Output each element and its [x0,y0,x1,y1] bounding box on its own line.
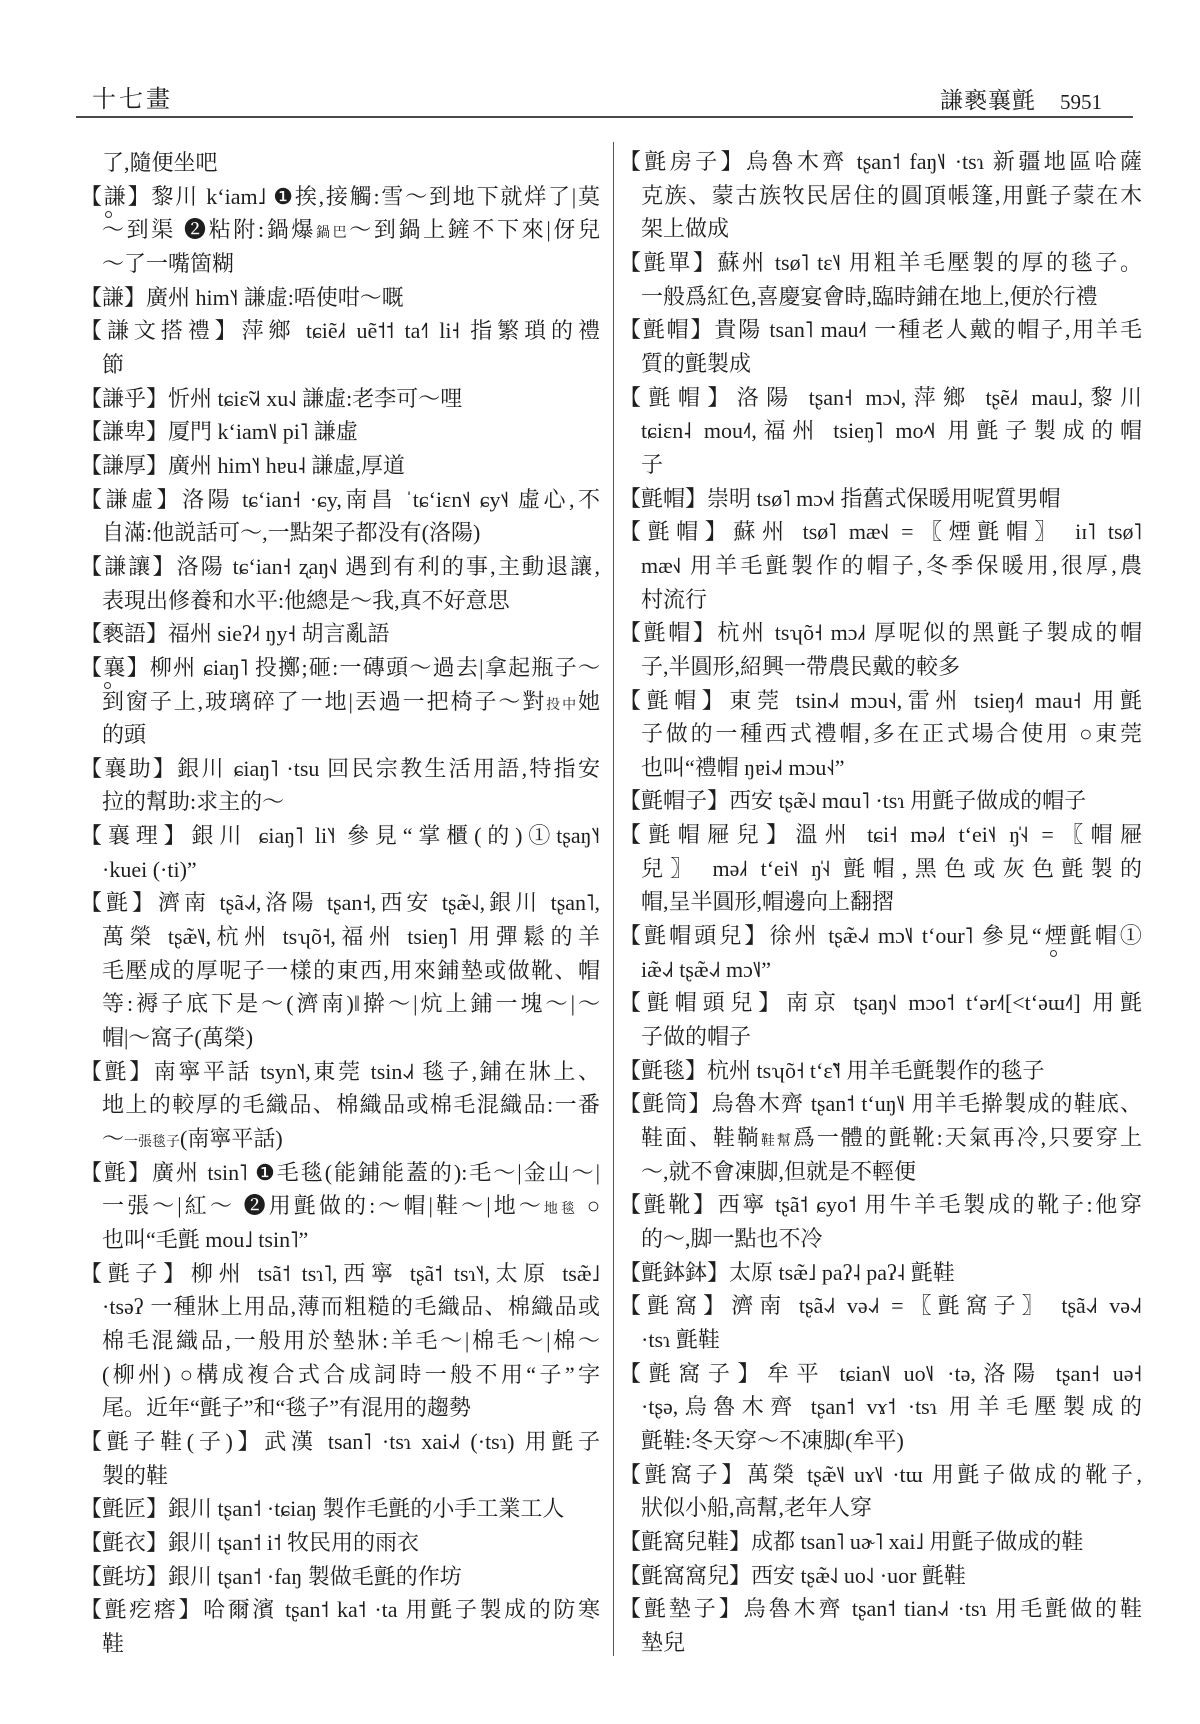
headword-text: 謙文搭禮 [107,318,215,343]
entry-text: 廣州 him˥˧ hɐu˨ 謙虛,厚道 [168,453,405,478]
headword: 氈衣 [80,1530,168,1555]
headword: 氈帽屜兒 [619,822,795,847]
headword-text: 氈窩子 [649,1361,738,1386]
entry-line: 謙虛洛陽 tɕʻian˧ ·ɕy,南昌 ˈtɕʻiɛn˦˨ ɕy˦˨ 虛心,不 [80,483,600,517]
entry-text: 南寧平話 tsyn˥˧,東莞 tsin˨˩˧ 毯子,鋪在牀上、 [154,1059,600,1084]
entry-text: ～到渠 ❷粘附:鍋爆 [102,217,316,242]
headword-text: 氈帽屜兒 [648,822,766,847]
headword-text: 氈匠 [102,1496,146,1521]
dictionary-entry: 氈帽屜兒溫州 tɕi˧ mə˩˧ tʻei˦˨ ŋ̍˧˨ =〖帽屜 兒〗 mə˩… [619,818,1142,919]
headword-text: 氈子 [108,1261,163,1286]
entry-text: 濟南 tʂã˨˩˧ və˨˩˧ =〖氈窩子〗 tʂã˨˩˧ və˨˩˧ [731,1293,1142,1318]
headword: 氈帽 [619,688,729,713]
dictionary-entry: 氈房子烏魯木齊 tʂan˦ faŋ˥˩ ·tsɿ 新疆地區哈薩 克族、蒙古族牧民… [619,145,1142,246]
entry-line: 謙廣州 him˥˧ 謙虛:唔使咁～嘅 [80,281,600,315]
headword: 氈帽 [619,317,714,342]
entry-line: 子 [619,448,1142,482]
entry-line: 氈帽東莞 tsin˨˩˧ mɔu˧˨,雷州 tsieŋ˨˦ mau˧ 用氈 [619,684,1142,718]
entry-line: 村流行 [619,583,1142,617]
entry-line: 氈帽頭兒南京 tʂaŋ˧˩ mɔo˦ tʻər˨˦[<tʻəɯ˨˦] 用氈 [619,986,1142,1020]
headword-text: 氈 [104,1160,128,1185]
right-column: 氈房子烏魯木齊 tʂan˦ faŋ˥˩ ·tsɿ 新疆地區哈薩 克族、蒙古族牧民… [619,145,1142,1660]
entry-line: 萬榮 tʂæ̃˥˩,杭州 tsʮõ˧,福州 tsieŋ˥ 用彈鬆的羊 [80,920,600,954]
headword: 氈窩窩兒 [619,1563,751,1588]
dictionary-entry: 氈帽子西安 tʂæ̃˨˩ mɑu˥ ·tsɿ 用氈子做成的帽子 [619,784,1142,818]
headword-text: 氈帽頭兒 [647,990,758,1015]
entry-line: 氈窩子萬榮 tʂæ̃˥˩ uɤ˥˩ ·tɯ 用氈子做成的靴子, [619,1458,1142,1492]
entry-line: 謙文搭禮萍鄉 tɕiẽ˩˧ uẽ˦˦ ta˧˥ li˧ 指繁瑣的禮 [80,314,600,348]
headword-text: 襄助 [104,756,153,781]
dictionary-entry: 氈帽頭兒徐州 tʂæ̃˨˩˧ mɔ˥˩ tʻour˥ 參見“煙氈帽① iæ̃˨˩… [619,919,1142,986]
entry-text: 成都 tsan˥ uɚ˥ xai˩ 用氈子做成的鞋 [751,1529,1083,1554]
entry-text: 福州 sieʔ˨˧ ŋy˧ 胡言亂語 [168,621,389,646]
headword: 氈帽 [619,385,737,410]
entry-line: 子,半圓形,紹興一帶農民戴的較多 [619,650,1142,684]
entry-line: 氈窩濟南 tʂã˨˩˧ və˨˩˧ =〖氈窩子〗 tʂã˨˩˧ və˨˩˧ [619,1289,1142,1323]
headword-text: 氈帽 [643,317,691,342]
dictionary-entry: 謙廣州 him˥˧ 謙虛:唔使咁～嘅 [80,281,600,315]
headword-text: 氈帽子 [641,788,707,813]
entry-text: 烏魯木齊 tʂan˦ faŋ˥˩ ·tsɿ 新疆地區哈薩 [746,149,1142,174]
dictionary-entry: 氈子柳州 tsã˦ tsɿ˥,西寧 tʂã˦ tsɿ˥˧,太原 tsæ̃˩ ·t… [80,1257,600,1425]
entry-text: 銀川 tʂan˦ ·tɕiaŋ 製作毛氈的小手工業工人 [168,1496,564,1521]
entry-text: 杭州 tsʮõ˧ mɔ˩˧ 厚呢似的黑氈子製成的帽 [717,620,1142,645]
headword-text: 氈房子 [644,149,720,174]
entry-text: 厦門 kʻiam˥˩ pi˥ 謙虛 [168,419,358,444]
dictionary-entry: 氈疙瘩哈爾濱 tʂan˦ ka˦ ·ta 用氈子製成的防寒 鞋 [80,1593,600,1660]
entry-text: 洛陽 tɕʻian˧ ʐaŋ˧˩ 遇到有利的事,主動退讓, [177,554,600,579]
headword-text: 氈單 [644,250,693,275]
headword-text: 氈靴 [644,1192,693,1217]
entry-line: 尾。近年“氈子”和“毯子”有混用的趨勢 [80,1391,600,1425]
entry-line: 質的氈製成 [619,347,1142,381]
marked-character: 煙 [1042,923,1070,948]
entry-line: 節 [80,348,600,382]
entry-line: 氈坊銀川 tʂan˦ ·faŋ 製做毛氈的作坊 [80,1560,600,1594]
dictionary-page: 十七畫 謙褻襄氈 5951 了,隨便坐吧 謙黎川 kʻiam˩ ❶挨,接觸:雪～… [0,0,1200,1724]
headword-text: 氈 [105,1059,130,1084]
headword-text: 褻語 [102,621,146,646]
headword: 謙乎 [80,386,168,411]
entry-line: 氈匠銀川 tʂan˦ ·tɕiaŋ 製作毛氈的小手工業工人 [80,1492,600,1526]
entry-line: 褻語福州 sieʔ˨˧ ŋy˧ 胡言亂語 [80,617,600,651]
dictionary-entry: 氈帽東莞 tsin˨˩˧ mɔu˧˨,雷州 tsieŋ˨˦ mau˧ 用氈 子做… [619,684,1142,785]
dictionary-entry: 氈帽洛陽 tʂan˧ mɔ˧˩,萍鄉 tʂẽ˩˧ mau˩,黎川 tɕiɛn˨ … [619,381,1142,482]
entry-line: 架上做成 [619,212,1142,246]
headword-text: 氈帽 [647,688,702,713]
headword: 襄理 [80,823,192,848]
headword: 氈房子 [619,149,746,174]
headword: 氈毯 [619,1058,707,1083]
entry-line: 氈靴西寧 tʂã˦ ɕyo˦ 用牛羊毛製成的靴子:他穿 [619,1188,1142,1222]
entry-line: 氈濟南 tʂã˨˩˧,洛陽 tʂan˧,西安 tʂæ̃˨˩,銀川 tʂan˥, [80,886,600,920]
inline-gloss: 地毯 [544,1202,578,1217]
headword-text: 氈坊 [102,1564,146,1589]
entry-text: 西安 tʂæ̃˨˩ uo˨˩ ·uor 氈鞋 [751,1563,966,1588]
entry-text: 氈帽① [1070,923,1142,948]
entry-text: 濟南 tʂã˨˩˧,洛陽 tʂan˧,西安 tʂæ̃˨˩,銀川 tʂan˥, [158,890,600,915]
entry-line: 氈窩兒鞋成都 tsan˥ uɚ˥ xai˩ 用氈子做成的鞋 [619,1525,1142,1559]
entry-line: 襄助銀川 ɕiaŋ˥ ·tsu 回民宗教生活用語,特指安 [80,752,600,786]
headword: 謙 [80,285,146,310]
headword-text: 謙 [104,184,128,209]
dictionary-entry: 氈窩濟南 tʂã˨˩˧ və˨˩˧ =〖氈窩子〗 tʂã˨˩˧ və˨˩˧ ·t… [619,1289,1142,1356]
headword-text: 氈子鞋(子) [107,1429,233,1454]
headword: 氈窩子 [619,1462,747,1487]
headword: 氈帽 [619,620,717,645]
dictionary-entry: 謙黎川 kʻiam˩ ❶挨,接觸:雪～到地下就烊了|莫 ～到渠 ❷粘附:鍋爆鍋巴… [80,180,600,281]
entry-text: (南寧平話) [180,1126,283,1151]
dictionary-entry: 氈窩兒鞋成都 tsan˥ uɚ˥ xai˩ 用氈子做成的鞋 [619,1525,1142,1559]
entry-line: 也叫“毛氈 mou˩ tsin˥” [80,1223,600,1257]
headword-text: 謙 [102,285,124,310]
dictionary-entry: 氈廣州 tsin˥ ❶毛毯(能鋪能蓋的):毛～|金山～| 一張～|紅～ ❷用氈做… [80,1156,600,1257]
entry-line: ·tsɿ 氈鞋 [619,1323,1142,1357]
entry-line: (柳州) ○構成複合式合成詞時一般不用“子”字 [80,1358,600,1392]
dictionary-entry: 襄柳州 ɕiaŋ˥ 投擲;砸:一磚頭～過去|拿起瓶子～ 到窗子上,玻璃碎了一地|… [80,651,600,752]
dictionary-entry: 氈帽杭州 tsʮõ˧ mɔ˩˧ 厚呢似的黑氈子製成的帽 子,半圓形,紹興一帶農民… [619,616,1142,683]
entry-text: 柳州 ɕiaŋ˥ 投擲;砸:一磚頭～過去|拿起瓶子～ [150,655,600,680]
headword-text: 氈窩 [647,1293,703,1318]
entry-line: ～到渠 ❷粘附:鍋爆鍋巴～到鍋上鏟不下來|伢兒 [80,213,600,247]
entry-text: 南京 tʂaŋ˧˩ mɔo˦ tʻər˨˦[<tʻəɯ˨˦] 用氈 [786,990,1142,1015]
entry-line: 的～,脚一點也不冷 [619,1222,1142,1256]
entry-text: 忻州 tɕiɛ̃˧˩˧ xu˨˩ 謙虛:老李可～哩 [168,386,462,411]
headword-text: 氈 [106,890,132,915]
entry-text: 萍鄉 tɕiẽ˩˧ uẽ˦˦ ta˧˥ li˧ 指繁瑣的禮 [242,318,600,343]
entry-line: 氈鞋:冬天穿～不凍脚(牟平) [619,1424,1142,1458]
entry-line: 到窗子上,玻璃碎了一地|丟過一把椅子～對投中她 [80,685,600,719]
headword: 氈靴 [619,1192,718,1217]
entry-line: mæ˧˩ 用羊毛氈製作的帽子,冬季保暖用,很厚,農 [619,549,1142,583]
headword-text: 謙讓 [104,554,152,579]
headword-text: 氈墊子 [644,1596,719,1621]
entry-text: 太原 tsæ̃˩ paʔ˨ paʔ˨ 氈鞋 [729,1260,955,1285]
entry-line: ～,就不會凍脚,但就是不輕便 [619,1155,1142,1189]
dictionary-entry: 氈毯杭州 tsʮõ˧ tʻɛ̃˥˧ 用羊毛氈製作的毯子 [619,1054,1142,1088]
entry-text: 一張～|紅～ ❷用氈做的:～帽|鞋～|地～ [102,1193,544,1218]
entry-line: 製的鞋 [80,1459,600,1493]
entry-line: 鞋 [80,1627,600,1661]
headword-text: 氈窩子 [645,1462,722,1487]
entry-text: 西寧 tʂã˦ ɕyo˦ 用牛羊毛製成的靴子:他穿 [718,1192,1142,1217]
dictionary-entry: 謙虛洛陽 tɕʻian˧ ·ɕy,南昌 ˈtɕʻiɛn˦˨ ɕy˦˨ 虛心,不 … [80,483,600,550]
entry-text: 萬榮 tʂæ̃˥˩ uɤ˥˩ ·tɯ 用氈子做成的靴子, [747,1462,1142,1487]
dictionary-entry: 氈帽崇明 tsø˥ mɔ˧˩˧ 指舊式保暖用呢質男帽 [619,482,1142,516]
entry-line: 謙卑厦門 kʻiam˥˩ pi˥ 謙虛 [80,415,600,449]
headword: 氈坊 [80,1564,168,1589]
entry-text: 崇明 tsø˥ mɔ˧˩˧ 指舊式保暖用呢質男帽 [707,486,1060,511]
inline-gloss: 鍋巴 [316,226,349,241]
headword: 謙讓 [80,554,177,579]
headword: 氈窩兒鞋 [619,1529,751,1554]
entry-line: 氈帽子西安 tʂæ̃˨˩ mɑu˥ ·tsɿ 用氈子做成的帽子 [619,784,1142,818]
dictionary-entry: 氈墊子烏魯木齊 tʂan˦ tian˨˩˧ ·tsɿ 用毛氈做的鞋 墊兒 [619,1592,1142,1659]
entry-line: 拉的幫助:求主的～ [80,785,600,819]
entry-line: 毛壓成的厚呢子一樣的東西,用來鋪墊或做靴、帽 [80,954,600,988]
entry-line: 狀似小船,高幫,老年人穿 [619,1491,1142,1525]
headword-text: 氈帽頭兒 [644,923,744,948]
dictionary-entry: 氈窩子牟平 tɕian˥˩ uo˥˩ ·tə,洛陽 tʂan˧ uə˧ ·tʂə… [619,1357,1142,1458]
dictionary-entry: 氈筒烏魯木齊 tʂan˦ tʻuŋ˥˩ 用羊毛擀製成的鞋底、 鞋面、鞋鞝鞋幫爲一… [619,1087,1142,1188]
entry-line: 氈帽崇明 tsø˥ mɔ˧˩˧ 指舊式保暖用呢質男帽 [619,482,1142,516]
entry-text: 銀川 tʂan˦ ·faŋ 製做毛氈的作坊 [168,1564,462,1589]
entry-line: 一張～|紅～ ❷用氈做的:～帽|鞋～|地～地毯 ○ [80,1189,600,1223]
inline-gloss: 一張毯子 [124,1135,180,1150]
entry-text: 到窗子上,玻璃碎了一地|丟過一把椅子～對 [102,689,546,714]
headword: 氈窩子 [619,1361,767,1386]
inline-gloss: 投中 [546,698,578,713]
entry-text: ～ [102,1126,124,1151]
entry-line: 氈衣銀川 tʂan˦ i˦ 牧民用的雨衣 [80,1526,600,1560]
entry-line: 氈窩子牟平 tɕian˥˩ uo˥˩ ·tə,洛陽 tʂan˧ uə˧ [619,1357,1142,1391]
entry-text: 銀川 ɕiaŋ˥ ·tsu 回民宗教生活用語,特指安 [177,756,600,781]
entry-text: 黎川 kʻiam˩ ❶挨,接觸:雪～到地下就烊了|莫 [151,184,600,209]
entry-text: 銀川 tʂan˦ i˦ 牧民用的雨衣 [168,1530,419,1555]
headword-text: 氈筒 [642,1091,688,1116]
headword: 氈單 [619,250,718,275]
entry-text: 貴陽 tsan˥ mau˨˦ 一種老人戴的帽子,用羊毛 [714,317,1142,342]
headword: 氈墊子 [619,1596,744,1621]
section-title: 十七畫 [92,86,173,114]
entry-line: ～一張毯子(南寧平話) [80,1122,600,1156]
column-divider [613,142,614,1656]
entry-line: 謙乎忻州 tɕiɛ̃˧˩˧ xu˨˩ 謙虛:老李可～哩 [80,382,600,416]
headword: 襄助 [80,756,177,781]
entry-line: 氈帽頭兒徐州 tʂæ̃˨˩˧ mɔ˥˩ tʻour˥ 參見“煙氈帽① [619,919,1142,953]
entry-line: 氈南寧平話 tsyn˥˧,東莞 tsin˨˩˧ 毯子,鋪在牀上、 [80,1055,600,1089]
dictionary-entry: 氈坊銀川 tʂan˦ ·faŋ 製做毛氈的作坊 [80,1560,600,1594]
entry-line: 氈帽蘇州 tsø˥ mæ˧˩ =〖煙氈帽〗 iɪ˥ tsø˥ [619,515,1142,549]
dictionary-entry: 謙文搭禮萍鄉 tɕiẽ˩˧ uẽ˦˦ ta˧˥ li˧ 指繁瑣的禮 節 [80,314,600,381]
entry-line: 氈單蘇州 tsø˥ tɛ˥˨ 用粗羊毛壓製的厚的毯子。 [619,246,1142,280]
dictionary-entry: 氈衣銀川 tʂan˦ i˦ 牧民用的雨衣 [80,1526,600,1560]
entry-line: ·tsəʔ 一種牀上用品,薄而粗糙的毛織品、棉織品或 [80,1290,600,1324]
headword-text: 氈窩窩兒 [641,1563,729,1588]
entry-line: 氈毯杭州 tsʮõ˧ tʻɛ̃˥˧ 用羊毛氈製作的毯子 [619,1054,1142,1088]
headword: 謙虛 [80,487,182,512]
entry-line: 氈帽杭州 tsʮõ˧ mɔ˩˧ 厚呢似的黑氈子製成的帽 [619,616,1142,650]
entry-line: 地上的較厚的毛織品、棉織品或棉毛混織品:一番 [80,1088,600,1122]
headword: 氈帽子 [619,788,729,813]
entry-text: 烏魯木齊 tʂan˦ tian˨˩˧ ·tsɿ 用毛氈做的鞋 [744,1596,1142,1621]
entry-line: 帽,呈半圓形,帽邊向上翻摺 [619,885,1142,919]
entry-line: 氈筒烏魯木齊 tʂan˦ tʻuŋ˥˩ 用羊毛擀製成的鞋底、 [619,1087,1142,1121]
entry-line: 氈帽貴陽 tsan˥ mau˨˦ 一種老人戴的帽子,用羊毛 [619,313,1142,347]
entry-text: 烏魯木齊 tʂan˦ tʻuŋ˥˩ 用羊毛擀製成的鞋底、 [712,1091,1142,1116]
entry-line: 帽|～窩子(萬榮) [80,1021,600,1055]
headword-text: 氈窩兒鞋 [641,1529,729,1554]
entry-text: 鞋面、鞋鞝 [641,1125,761,1150]
entry-text: 廣州 tsin˥ ❶毛毯(能鋪能蓋的):毛～|金山～| [152,1160,600,1185]
entry-line: 氈子鞋(子)武漢 tsan˥ ·tsɿ xai˨˩˧ (·tsɿ) 用氈子 [80,1425,600,1459]
entry-line: 氈鉢鉢太原 tsæ̃˩ paʔ˨ paʔ˨ 氈鞋 [619,1256,1142,1290]
headword-text: 襄理 [108,823,164,848]
headword: 氈帽 [619,486,707,511]
entry-text: ～到鍋上鏟不下來|伢兒 [349,217,600,242]
headword: 謙 [80,184,151,209]
entry-line: 墊兒 [619,1626,1142,1660]
entry-line: 等:褥子底下是～(濟南)‖擀～|炕上鋪一塊～|～ [80,987,600,1021]
headword: 氈帽頭兒 [619,990,786,1015]
headword: 氈 [80,890,158,915]
dictionary-entry: 襄助銀川 ɕiaŋ˥ ·tsu 回民宗教生活用語,特指安 拉的幫助:求主的～ [80,752,600,819]
entry-line: 氈帽屜兒溫州 tɕi˧ mə˩˧ tʻei˦˨ ŋ̍˧˨ =〖帽屜 [619,818,1142,852]
entry-line: 一般爲紅色,喜慶宴會時,臨時鋪在地上,便於行禮 [619,280,1142,314]
headword-text: 氈帽 [641,486,685,511]
dictionary-entry: 氈子鞋(子)武漢 tsan˥ ·tsɿ xai˨˩˧ (·tsɿ) 用氈子 製的… [80,1425,600,1492]
entry-text: 銀川 ɕiaŋ˥ li˥˧ 參見“掌櫃(的)①tʂaŋ˥˧ [192,823,600,848]
headword-text: 氈帽 [644,620,693,645]
headword: 氈筒 [619,1091,712,1116]
entry-text: 徐州 tʂæ̃˨˩˧ mɔ˥˩ tʻour˥ 參見“ [769,923,1041,948]
dictionary-entry: 謙讓洛陽 tɕʻian˧ ʐaŋ˧˩ 遇到有利的事,主動退讓, 表現出修養和水平… [80,550,600,617]
dictionary-entry: 謙乎忻州 tɕiɛ̃˧˩˧ xu˨˩ 謙虛:老李可～哩 [80,382,600,416]
entry-line: 鞋面、鞋鞝鞋幫爲一體的氈靴:天氣再冷,只要穿上 [619,1121,1142,1155]
headword: 氈子鞋(子) [80,1429,264,1454]
entry-line: tɕiɛn˨ mou˨˦,福州 tsieŋ˥ mo˨˦˨ 用氈子製成的帽 [619,414,1142,448]
headword-text: 氈疙瘩 [105,1597,179,1622]
entry-text: 牟平 tɕian˥˩ uo˥˩ ·tə,洛陽 tʂan˧ uə˧ [767,1361,1142,1386]
entry-line: 氈窩窩兒西安 tʂæ̃˨˩ uo˨˩ ·uor 氈鞋 [619,1559,1142,1593]
headword: 氈 [80,1160,152,1185]
entry-line: 氈帽洛陽 tʂan˧ mɔ˧˩,萍鄉 tʂẽ˩˧ mau˩,黎川 [619,381,1142,415]
entry-line: 氈疙瘩哈爾濱 tʂan˦ ka˦ ·ta 用氈子製成的防寒 [80,1593,600,1627]
dictionary-entry: 氈帽貴陽 tsan˥ mau˨˦ 一種老人戴的帽子,用羊毛 質的氈製成 [619,313,1142,380]
entry-text: 爲一體的氈靴:天氣再冷,只要穿上 [793,1125,1142,1150]
entry-line: 棉毛混織品,一般用於墊牀:羊毛～|棉毛～|棉～ [80,1324,600,1358]
entry-line: 氈廣州 tsin˥ ❶毛毯(能鋪能蓋的):毛～|金山～| [80,1156,600,1190]
entry-line: 謙讓洛陽 tɕʻian˧ ʐaŋ˧˩ 遇到有利的事,主動退讓, [80,550,600,584]
headword: 氈疙瘩 [80,1597,203,1622]
entry-text: 溫州 tɕi˧ mə˩˧ tʻei˦˨ ŋ̍˧˨ =〖帽屜 [795,822,1142,847]
entry-line: 的頭 [80,718,600,752]
headword: 謙厚 [80,453,168,478]
headword-text: 襄 [103,655,126,680]
entry-line: 了,隨便坐吧 [80,146,600,180]
headword-text: 氈鉢鉢 [641,1260,707,1285]
entry-text: 蘇州 tsø˥ mæ˧˩ =〖煙氈帽〗 iɪ˥ tsø˥ [733,519,1142,544]
dictionary-entry: 氈南寧平話 tsyn˥˧,東莞 tsin˨˩˧ 毯子,鋪在牀上、 地上的較厚的毛… [80,1055,600,1156]
entry-line: ～了一嘴箇糊 [80,247,600,281]
entry-line: ·tʂə,烏魯木齊 tʂan˦ vɤ˦ ·tsɿ 用羊毛壓製成的 [619,1390,1142,1424]
headword-text: 氈帽 [648,519,705,544]
entry-text: 哈爾濱 tʂan˦ ka˦ ·ta 用氈子製成的防寒 [203,1597,600,1622]
dictionary-entry-continuation: 了,隨便坐吧 [80,146,600,180]
headword: 氈帽 [619,519,733,544]
entry-line: 自滿:他説話可～,一點架子都没有(洛陽) [80,516,600,550]
headword-text: 謙卑 [102,419,146,444]
headword: 氈窩 [619,1293,731,1318]
entry-line: 子做的帽子 [619,1020,1142,1054]
entry-text: 蘇州 tsø˥ tɛ˥˨ 用粗羊毛壓製的厚的毯子。 [718,250,1142,275]
dictionary-entry: 氈單蘇州 tsø˥ tɛ˥˨ 用粗羊毛壓製的厚的毯子。 一般爲紅色,喜慶宴會時,… [619,246,1142,313]
dictionary-entry: 謙卑厦門 kʻiam˥˩ pi˥ 謙虛 [80,415,600,449]
entry-text: 洛陽 tɕʻian˧ ·ɕy,南昌 ˈtɕʻiɛn˦˨ ɕy˦˨ 虛心,不 [182,487,600,512]
entry-line: 謙厚廣州 him˥˧ hɐu˨ 謙虛,厚道 [80,449,600,483]
dictionary-entry: 褻語福州 sieʔ˨˧ ŋy˧ 胡言亂語 [80,617,600,651]
headword-text: 謙虛 [106,487,157,512]
entry-line: 氈房子烏魯木齊 tʂan˦ faŋ˥˩ ·tsɿ 新疆地區哈薩 [619,145,1142,179]
inline-gloss: 鞋幫 [761,1134,793,1149]
entry-text: ○ [578,1193,600,1218]
entry-line: 表現出修養和水平:他總是～我,真不好意思 [80,584,600,618]
headword-text: 謙厚 [102,453,146,478]
entry-line: 氈墊子烏魯木齊 tʂan˦ tian˨˩˧ ·tsɿ 用毛氈做的鞋 [619,1592,1142,1626]
headword: 褻語 [80,621,168,646]
entry-line: 克族、蒙古族牧民居住的圓頂帳篷,用氈子蒙在木 [619,179,1142,213]
entry-text: 洛陽 tʂan˧ mɔ˧˩,萍鄉 tʂẽ˩˧ mau˩,黎川 [737,385,1142,410]
entry-line: 襄柳州 ɕiaŋ˥ 投擲;砸:一磚頭～過去|拿起瓶子～ [80,651,600,685]
dictionary-entry: 謙厚廣州 him˥˧ hɐu˨ 謙虛,厚道 [80,449,600,483]
entry-text: 柳州 tsã˦ tsɿ˥,西寧 tʂã˦ tsɿ˥˧,太原 tsæ̃˩ [191,1261,600,1286]
entry-line: iæ̃˨˩˧ tʂæ̃˨˩˧ mɔ˥˩” [619,953,1142,987]
headword: 氈鉢鉢 [619,1260,729,1285]
entry-line: 氈子柳州 tsã˦ tsɿ˥,西寧 tʂã˦ tsɿ˥˧,太原 tsæ̃˩ [80,1257,600,1291]
entry-line: ·kuei (·ti)” [80,853,600,887]
headword: 氈 [80,1059,154,1084]
left-column: 了,隨便坐吧 謙黎川 kʻiam˩ ❶挨,接觸:雪～到地下就烊了|莫 ～到渠 ❷… [80,146,600,1661]
entry-line: 襄理銀川 ɕiaŋ˥ li˥˧ 參見“掌櫃(的)①tʂaŋ˥˧ [80,819,600,853]
headword: 謙文搭禮 [80,318,242,343]
headword: 氈匠 [80,1496,168,1521]
dictionary-entry: 襄理銀川 ɕiaŋ˥ li˥˧ 參見“掌櫃(的)①tʂaŋ˥˧ ·kuei (·… [80,819,600,886]
entry-text: 東莞 tsin˨˩˧ mɔu˧˨,雷州 tsieŋ˨˦ mau˧ 用氈 [729,688,1142,713]
entry-line: 也叫“禮帽 ŋɐi˨˩˧ mɔu˧˨” [619,751,1142,785]
dictionary-entry: 氈帽蘇州 tsø˥ mæ˧˩ =〖煙氈帽〗 iɪ˥ tsø˥ mæ˧˩ 用羊毛氈… [619,515,1142,616]
headword: 氈子 [80,1261,191,1286]
headword: 氈帽頭兒 [619,923,769,948]
entry-text: 武漢 tsan˥ ·tsɿ xai˨˩˧ (·tsɿ) 用氈子 [264,1429,600,1454]
headword-text: 氈毯 [641,1058,685,1083]
dictionary-entry: 氈匠銀川 tʂan˦ ·tɕiaŋ 製作毛氈的小手工業工人 [80,1492,600,1526]
dictionary-entry: 氈窩窩兒西安 tʂæ̃˨˩ uo˨˩ ·uor 氈鞋 [619,1559,1142,1593]
entry-line: 謙黎川 kʻiam˩ ❶挨,接觸:雪～到地下就烊了|莫 [80,180,600,214]
entry-text: 她 [578,689,600,714]
headword: 襄 [80,655,150,680]
dictionary-entry: 氈濟南 tʂã˨˩˧,洛陽 tʂan˧,西安 tʂæ̃˨˩,銀川 tʂan˥, … [80,886,600,1054]
dictionary-entry: 氈窩子萬榮 tʂæ̃˥˩ uɤ˥˩ ·tɯ 用氈子做成的靴子, 狀似小船,高幫,… [619,1458,1142,1525]
headword: 謙卑 [80,419,168,444]
entry-text: 西安 tʂæ̃˨˩ mɑu˥ ·tsɿ 用氈子做成的帽子 [729,788,1086,813]
dictionary-entry: 氈鉢鉢太原 tsæ̃˩ paʔ˨ paʔ˨ 氈鞋 [619,1256,1142,1290]
index-characters: 謙褻襄氈 [940,87,1036,115]
page-number: 5951 [1060,88,1102,116]
entry-line: 子做的一種西式禮帽,多在正式場合使用 ○東莞 [619,717,1142,751]
dictionary-entry: 氈靴西寧 tʂã˦ ɕyo˦ 用牛羊毛製成的靴子:他穿 的～,脚一點也不冷 [619,1188,1142,1255]
entry-text: 廣州 him˥˧ 謙虛:唔使咁～嘅 [146,285,404,310]
header-rule [76,116,1133,118]
headword-text: 謙乎 [102,386,146,411]
entry-line: 兒〗 mə˩˧ tʻei˦˨ ŋ̍˧˨ 氈帽,黑色或灰色氈製的 [619,852,1142,886]
headword-text: 氈帽 [648,385,707,410]
dictionary-entry: 氈帽頭兒南京 tʂaŋ˧˩ mɔo˦ tʻər˨˦[<tʻəɯ˨˦] 用氈 子做… [619,986,1142,1053]
entry-text: 杭州 tsʮõ˧ tʻɛ̃˥˧ 用羊毛氈製作的毯子 [707,1058,1044,1083]
headword-text: 氈衣 [102,1530,146,1555]
